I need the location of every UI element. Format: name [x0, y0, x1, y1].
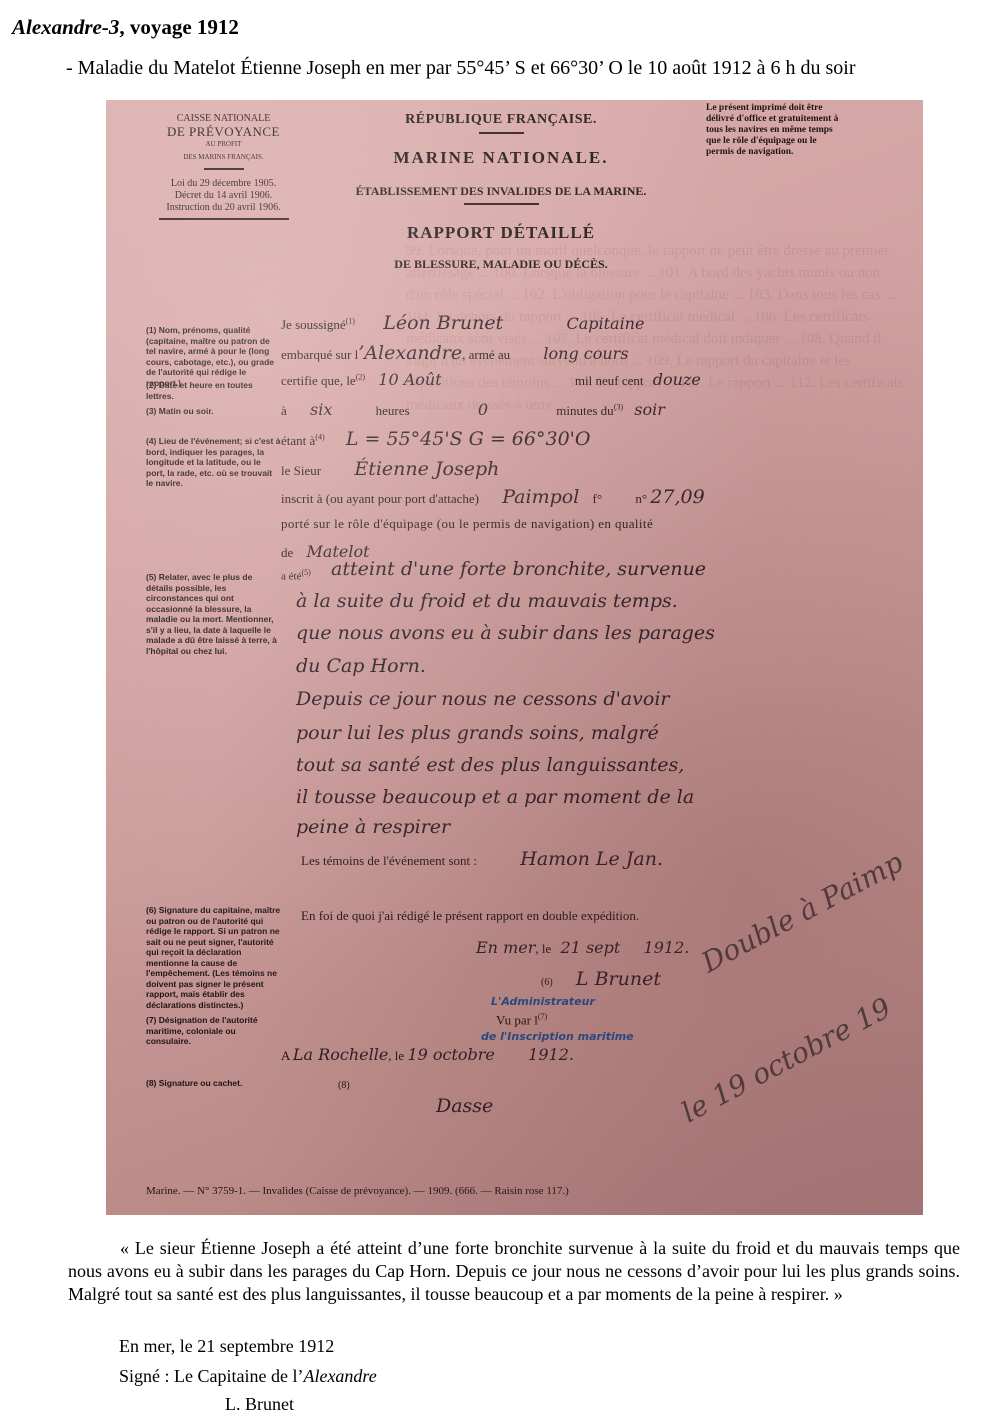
margin-note-4: (4) Lieu de l'événement; si c'est à bord…	[146, 436, 281, 489]
margin-note-7: (7) Désignation de l'autorité maritime, …	[146, 1015, 281, 1047]
notice-block: Le présent imprimé doit être délivré d'o…	[706, 103, 846, 158]
transcription-signer: L. Brunet	[225, 1394, 294, 1415]
margin-note-6: (6) Signature du capitaine, maître ou pa…	[146, 905, 281, 1010]
transcription-signed: Signé : Le Capitaine de l’Alexandre	[119, 1366, 377, 1387]
field-temoins: Les témoins de l'événement sont : Hamon …	[301, 848, 663, 870]
page-title: Alexandre-3, voyage 1912	[12, 15, 239, 40]
field-vu-par: Vu par l(7)	[496, 1012, 547, 1028]
form-photo: 99. Lorsque, pour un motif quelconque, l…	[106, 100, 923, 1215]
signature-dasse: Dasse	[436, 1095, 493, 1117]
stamp-inscription: de l'Inscription maritime	[481, 1030, 634, 1043]
field-signature: (6) L Brunet	[541, 968, 661, 990]
field-soussigne: Je soussigné(1) Léon Brunet Capitaine	[281, 312, 644, 334]
caisse-block: CAISSE NATIONALE DE PRÉVOYANCE AU PROFIT…	[141, 112, 306, 224]
divider	[204, 168, 244, 170]
narrative-line: du Cap Horn.	[296, 655, 426, 677]
field-date: certifie que, le(2) 10 Août mil neuf cen…	[281, 370, 701, 389]
stamp-administrateur: L'Administrateur	[491, 995, 595, 1008]
transcription-place-date: En mer, le 21 septembre 1912	[119, 1336, 334, 1357]
field-sieur: le Sieur Étienne Joseph	[281, 458, 499, 480]
narrative-line: à la suite du froid et du mauvais temps.	[296, 590, 678, 612]
narrative-line: peine à respirer	[296, 816, 450, 838]
margin-note-2: (2) Date et heure en toutes lettres.	[146, 380, 281, 401]
form-footer: Marine. — N° 3759-1. — Invalides (Caisse…	[146, 1185, 569, 1197]
field-sign-date: En mer, le 21 sept 1912.	[476, 938, 689, 957]
field-heure: à six heures 0 minutes du(3) soir	[281, 400, 665, 419]
document-caption: - Maladie du Matelot Étienne Joseph en m…	[66, 57, 856, 80]
narrative-line: que nous avons eu à subir dans les parag…	[296, 622, 715, 644]
narrative-line: atteint d'une forte bronchite, survenue	[331, 558, 706, 580]
margin-note-1: (1) Nom, prénoms, qualité (capitaine, ma…	[146, 325, 281, 388]
field-role: porté sur le rôle d'équipage (ou le perm…	[281, 516, 653, 532]
narrative-line: pour lui les plus grands soins, malgré	[296, 722, 659, 744]
field-a-ete: a été(5)	[281, 568, 311, 583]
foi-statement: En foi de quoi j'ai rédigé le présent ra…	[301, 908, 639, 924]
ship-name: Alexandre-3	[12, 15, 119, 39]
form-heading: RÉPUBLIQUE FRANÇAISE. MARINE NATIONALE. …	[301, 112, 701, 272]
margin-note-5: (5) Relater, avec le plus de détails pos…	[146, 572, 281, 656]
field-lieu: étant à(4) L = 55°45'S G = 66°30'O	[281, 428, 590, 450]
transcription-quote: « Le sieur Étienne Joseph a été atteint …	[68, 1237, 960, 1306]
sig2-ref: (8)	[338, 1080, 350, 1091]
margin-note-8: (8) Signature ou cachet.	[146, 1078, 281, 1089]
field-inscrit: inscrit à (ou ayant pour port d'attache)…	[281, 486, 705, 508]
field-visa-date: A La Rochelle, le 19 octobre 1912.	[281, 1045, 574, 1064]
narrative-line: Depuis ce jour nous ne cessons d'avoir	[296, 688, 669, 710]
field-embarque: embarqué sur l’Alexandre, armé au long c…	[281, 342, 629, 364]
narrative-line: il tousse beaucoup et a par moment de la	[296, 786, 694, 808]
divider	[159, 218, 289, 220]
narrative-line: tout sa santé est des plus languissantes…	[296, 754, 684, 776]
margin-note-3: (3) Matin ou soir.	[146, 406, 281, 417]
